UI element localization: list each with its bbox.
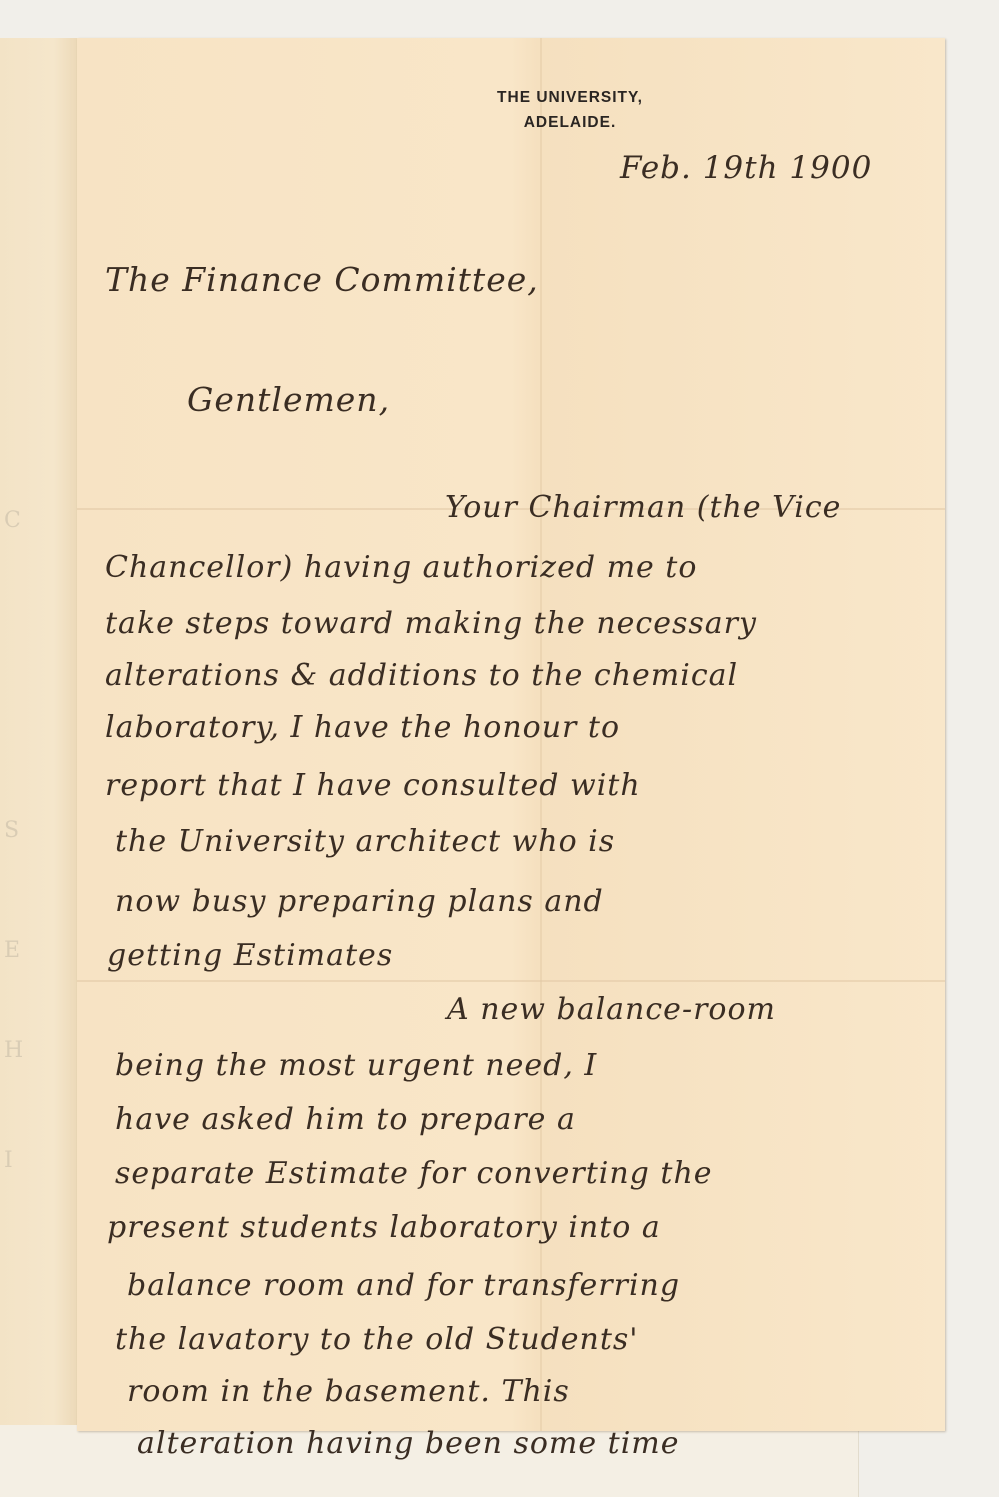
horizontal-fold-crease (77, 980, 945, 982)
bleed-through-mark: H (4, 1038, 23, 1063)
letterhead-line-2: ADELAIDE. (445, 110, 695, 135)
body-line: alterations & additions to the chemical (105, 658, 738, 693)
body-line: separate Estimate for converting the (115, 1156, 713, 1191)
bleed-through-mark: E (4, 938, 20, 963)
body-line: now busy preparing plans and (115, 884, 604, 919)
bleed-through-mark: I (4, 1148, 13, 1173)
salutation: Gentlemen, (187, 380, 390, 419)
body-line: being the most urgent need, I (115, 1048, 597, 1083)
bleed-through-mark: C (4, 508, 21, 533)
body-line: have asked him to prepare a (115, 1102, 576, 1137)
body-line: present students laboratory into a (107, 1210, 661, 1245)
body-line: balance room and for transferring (127, 1268, 680, 1303)
letterhead-line-1: THE UNIVERSITY, (445, 85, 695, 110)
letter-sheet: THE UNIVERSITY, ADELAIDE. Feb. 19th 1900… (77, 38, 945, 1431)
body-line: alteration having been some time (137, 1426, 680, 1461)
body-line: room in the basement. This (127, 1374, 570, 1409)
body-line: getting Estimates (107, 938, 393, 973)
body-line: report that I have consulted with (105, 768, 641, 803)
body-line: laboratory, I have the honour to (105, 710, 620, 745)
left-folded-page: C S E H I (0, 38, 78, 1497)
bleed-through-mark: S (4, 818, 19, 843)
body-line: A new balance-room (447, 992, 776, 1027)
addressee: The Finance Committee, (105, 260, 539, 299)
body-line: the lavatory to the old Students' (115, 1322, 639, 1357)
body-line: take steps toward making the necessary (105, 606, 757, 641)
letterhead: THE UNIVERSITY, ADELAIDE. (445, 85, 695, 135)
body-line: Chancellor) having authorized me to (105, 550, 697, 585)
body-line: Your Chairman (the Vice (445, 490, 841, 525)
letter-date: Feb. 19th 1900 (620, 150, 872, 186)
body-line: the University architect who is (115, 824, 615, 859)
